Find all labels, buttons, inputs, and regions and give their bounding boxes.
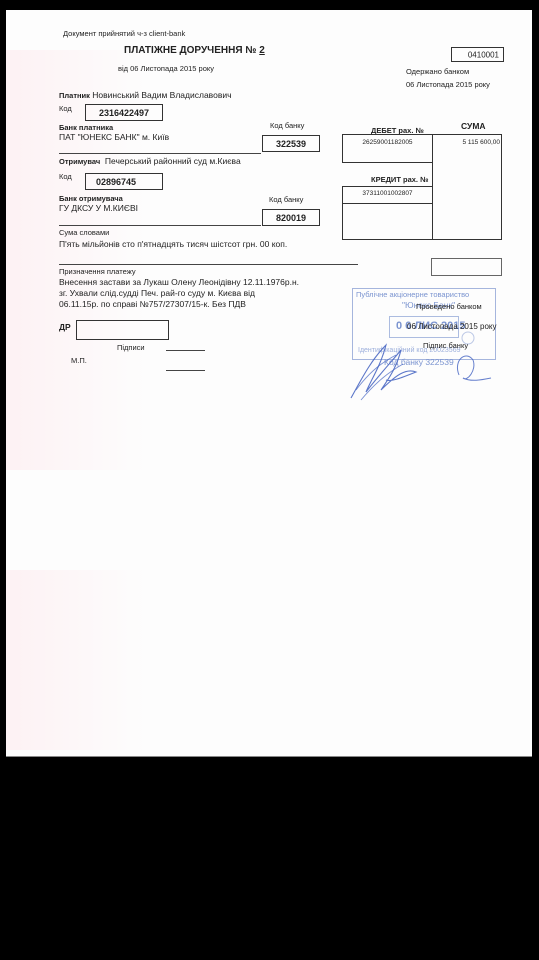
debit-account-box: 26259001182005 — [342, 134, 433, 163]
processed-label: Проведено банком — [416, 302, 482, 311]
purpose-line: зг. Ухвали слід.судді Печ. рай-го суду м… — [59, 288, 299, 299]
sum-box: 5 115 600,00 — [432, 134, 502, 240]
divider — [59, 153, 261, 154]
debit-account: 26259001182005 — [343, 139, 432, 146]
purpose-text: Внесення застави за Лукаш Олену Леонідів… — [59, 277, 299, 310]
form-code: 0410001 — [452, 50, 503, 59]
amount-words: П'ять мільйонів сто п'ятнадцять тисяч ші… — [59, 239, 287, 249]
recipient-name: Печерський районний суд м.Києва — [105, 156, 241, 166]
sum-label: СУМА — [461, 121, 486, 131]
purpose-label: Призначення платежу — [59, 267, 136, 276]
received-date: 06 Листопада 2015 року — [406, 80, 490, 89]
payer-row: Платник Новинський Вадим Владиславович — [59, 90, 232, 100]
amount-words-label: Сума словами — [59, 228, 109, 237]
recipient-code-box: 02896745 — [85, 173, 163, 190]
document-number: 2 — [259, 45, 265, 56]
received-label: Одержано банком — [406, 67, 469, 76]
recipient-bank-code: 820019 — [263, 213, 319, 223]
credit-account-box: 37311001002807 — [342, 186, 433, 204]
purpose-line: Внесення застави за Лукаш Олену Леонідів… — [59, 277, 299, 288]
document-date: від 06 Листопада 2015 року — [118, 64, 214, 73]
credit-empty-box — [342, 203, 433, 240]
recipient-bank-name: ГУ ДКСУ У М.КИЄВІ — [59, 203, 138, 213]
payer-label: Платник — [59, 91, 90, 100]
recipient-code-label: Код — [59, 172, 72, 181]
seal-label: М.П. — [71, 356, 87, 365]
recipient-bank-label: Банк отримувача — [59, 194, 123, 203]
recipient-row: Отримувач Печерський районний суд м.Києв… — [59, 156, 241, 166]
payer-bank-code-label: Код банку — [270, 121, 304, 130]
signature-line — [166, 370, 205, 371]
signature-line — [166, 350, 205, 351]
purpose-line: 06.11.15р. по справі №757/27307/15-к. Бе… — [59, 299, 299, 310]
document-title: ПЛАТІЖНЕ ДОРУЧЕННЯ № 2 — [124, 45, 265, 56]
divider — [59, 264, 358, 265]
handwritten-signature-icon — [341, 320, 501, 405]
recipient-bank-code-box: 820019 — [262, 209, 320, 226]
divider — [59, 225, 261, 226]
dr-label: ДР — [59, 322, 71, 332]
payer-bank-code-box: 322539 — [262, 135, 320, 152]
dr-box — [76, 320, 169, 340]
sum-value: 5 115 600,00 — [463, 139, 500, 146]
payer-name: Новинський Вадим Владиславович — [92, 90, 231, 100]
empty-box — [431, 258, 502, 276]
title-text: ПЛАТІЖНЕ ДОРУЧЕННЯ № — [124, 45, 256, 56]
recipient-bank-code-label: Код банку — [269, 195, 303, 204]
credit-label: КРЕДИТ рах. № — [371, 175, 428, 184]
stamp-line: Публічне акціонерне товариство — [356, 290, 469, 299]
recipient-label: Отримувач — [59, 157, 100, 166]
payer-code-box: 2316422497 — [85, 104, 163, 121]
form-code-box: 0410001 — [451, 47, 504, 62]
accepted-via-note: Документ прийнятий ч-з client-bank — [63, 29, 185, 38]
payer-code-label: Код — [59, 104, 72, 113]
recipient-code: 02896745 — [86, 177, 162, 187]
payment-order-page: Документ прийнятий ч-з client-bank ПЛАТІ… — [6, 10, 532, 757]
payer-code: 2316422497 — [86, 108, 162, 118]
payer-bank-label: Банк платника — [59, 123, 113, 132]
payer-bank-name: ПАТ "ЮНЕКС БАНК" м. Київ — [59, 132, 169, 142]
signatures-label: Підписи — [117, 343, 145, 352]
paper-tint — [6, 570, 146, 750]
credit-account: 37311001002807 — [343, 190, 432, 197]
payer-bank-code: 322539 — [263, 139, 319, 149]
